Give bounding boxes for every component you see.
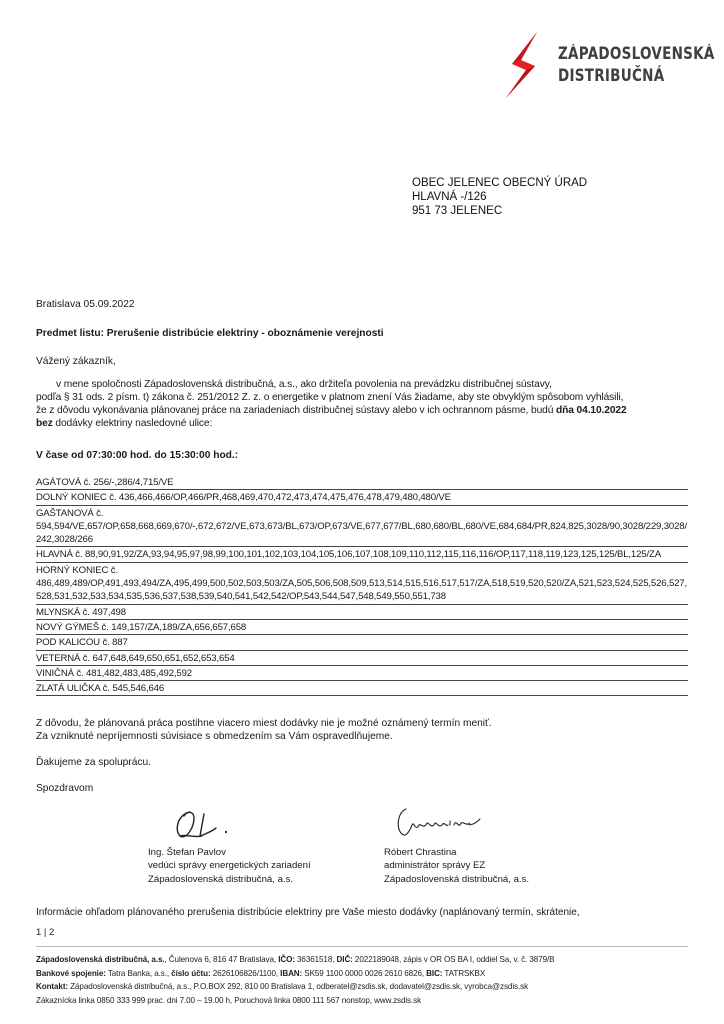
- footer-line-bank: Bankové spojenie: Tatra Banka, a.s., čís…: [36, 967, 554, 981]
- street-row: DOLNÝ KONIEC č. 436,466,466/OP,466/PR,46…: [36, 490, 688, 505]
- street-row: AGÁTOVÁ č. 256/-,286/4,715/VE: [36, 475, 688, 490]
- street-row: VETERNÁ č. 647,648,649,650,651,652,653,6…: [36, 651, 688, 666]
- signature-chrastina: [392, 803, 492, 843]
- footer-text: Tatra Banka, a.s.,: [106, 969, 171, 978]
- company-logo: ZÁPADOSLOVENSKÁ DISTRIBUČNÁ: [504, 28, 714, 98]
- salutation: Vážený zákazník,: [36, 355, 116, 368]
- street-row: POD KALICOU č. 887: [36, 635, 688, 650]
- street-row: GAŠTANOVÁ č. 594,594/VE,657/OP,658,668,6…: [36, 506, 688, 548]
- footer-label: číslo účtu:: [171, 969, 210, 978]
- outage-time-header: V čase od 07:30:00 hod. do 15:30:00 hod.…: [36, 449, 238, 462]
- footer-text: Západoslovenská distribučná, a.s., P.O.B…: [68, 982, 528, 991]
- signature-pavlov: [168, 806, 258, 846]
- footer-line-hotline: Zákaznícka linka 0850 333 999 prac. dni …: [36, 994, 554, 1008]
- recipient-name: OBEC JELENEC OBECNÝ ÚRAD: [412, 176, 587, 190]
- signer-role: administrátor správy EZ: [384, 859, 529, 872]
- closing-text: Z dôvodu, že plánovaná práca postihne vi…: [36, 717, 492, 795]
- footer-label: Bankové spojenie:: [36, 969, 106, 978]
- info-line: Informácie ohľadom plánovaného prerušeni…: [36, 906, 580, 919]
- footer-text: TATRSKBX: [442, 969, 485, 978]
- recipient-city: 951 73 JELENEC: [412, 204, 587, 218]
- footer-line-contact: Kontakt: Západoslovenská distribučná, a.…: [36, 980, 554, 994]
- thanks-line: Ďakujeme za spoluprácu.: [36, 756, 492, 769]
- signer-company: Západoslovenská distribučná, a.s.: [148, 873, 311, 886]
- street-row: HLAVNÁ č. 88,90,91,92/ZA,93,94,95,97,98,…: [36, 547, 688, 562]
- recipient-address: OBEC JELENEC OBECNÝ ÚRAD HLAVNÁ -/126 95…: [412, 176, 587, 218]
- footer-divider: [36, 946, 688, 947]
- footer-company-name: Západoslovenská distribučná, a.s.: [36, 955, 165, 964]
- regards-line: Spozdravom: [36, 782, 492, 795]
- footer-line-company: Západoslovenská distribučná, a.s., Čulen…: [36, 953, 554, 967]
- body-line: podľa § 31 ods. 2 písm. t) zákona č. 251…: [36, 391, 696, 404]
- street-row: NOVÝ GÝMEŠ č. 149,157/ZA,189/ZA,656,657,…: [36, 620, 688, 635]
- page-number: 1 | 2: [36, 926, 54, 939]
- letter-date: Bratislava 05.09.2022: [36, 298, 135, 311]
- signer-company: Západoslovenská distribučná, a.s.: [384, 873, 529, 886]
- street-row: ZLATÁ ULIČKA č. 545,546,646: [36, 681, 688, 696]
- body-line: že z dôvodu vykonávania plánovanej práce…: [36, 404, 696, 417]
- body-line: v mene spoločnosti Západoslovenská distr…: [36, 378, 696, 391]
- body-paragraph: v mene spoločnosti Západoslovenská distr…: [36, 378, 696, 430]
- closing-line: Z dôvodu, že plánovaná práca postihne vi…: [36, 717, 492, 730]
- footer-label: IBAN:: [280, 969, 302, 978]
- signer-block: Róbert Chrastina administrátor správy EZ…: [384, 846, 529, 886]
- footer-text: 2626106826/1100,: [211, 969, 281, 978]
- logo-wordmark: ZÁPADOSLOVENSKÁ DISTRIBUČNÁ: [558, 43, 715, 87]
- footer-label: IČO:: [278, 955, 295, 964]
- logo-line-1: ZÁPADOSLOVENSKÁ: [558, 43, 715, 65]
- lightning-bolt-icon: [504, 30, 544, 100]
- signer-role: vedúci správy energetických zariadení: [148, 859, 311, 872]
- recipient-street: HLAVNÁ -/126: [412, 190, 587, 204]
- signer-name: Ing. Štefan Pavlov: [148, 846, 311, 859]
- footer-text: 36361518,: [295, 955, 337, 964]
- closing-line: Za vzniknuté nepríjemnosti súvisiace s o…: [36, 730, 492, 743]
- company-footer: Západoslovenská distribučná, a.s., Čulen…: [36, 953, 554, 1007]
- body-line: bez dodávky elektriny nasledovné ulice:: [36, 417, 696, 430]
- body-text: že z dôvodu vykonávania plánovanej práce…: [36, 405, 556, 416]
- street-row: MLYNSKÁ č. 497,498: [36, 605, 688, 620]
- body-text: dodávky elektriny nasledovné ulice:: [53, 418, 213, 429]
- letter-subject: Predmet listu: Prerušenie distribúcie el…: [36, 327, 384, 340]
- footer-text: SK59 1100 0000 0026 2610 6826,: [302, 969, 426, 978]
- footer-text: 2022189048, zápis v OR OS BA I, oddiel S…: [353, 955, 555, 964]
- logo-line-2: DISTRIBUČNÁ: [558, 65, 715, 87]
- street-row: HORNÝ KONIEC č. 486,489,489/OP,491,493,4…: [36, 563, 688, 605]
- footer-label: Kontakt:: [36, 982, 68, 991]
- affected-streets-table: AGÁTOVÁ č. 256/-,286/4,715/VEDOLNÝ KONIE…: [36, 475, 688, 696]
- signer-name: Róbert Chrastina: [384, 846, 529, 859]
- signer-block: Ing. Štefan Pavlov vedúci správy energet…: [148, 846, 311, 886]
- footer-text: , Čulenova 6, 816 47 Bratislava,: [165, 955, 279, 964]
- body-bold-text: bez: [36, 418, 53, 429]
- footer-label: DIČ:: [337, 955, 353, 964]
- street-row: VINIČNÁ č. 481,482,483,485,492,592: [36, 666, 688, 681]
- outage-date: dňa 04.10.2022: [556, 405, 627, 416]
- footer-label: BIC:: [426, 969, 442, 978]
